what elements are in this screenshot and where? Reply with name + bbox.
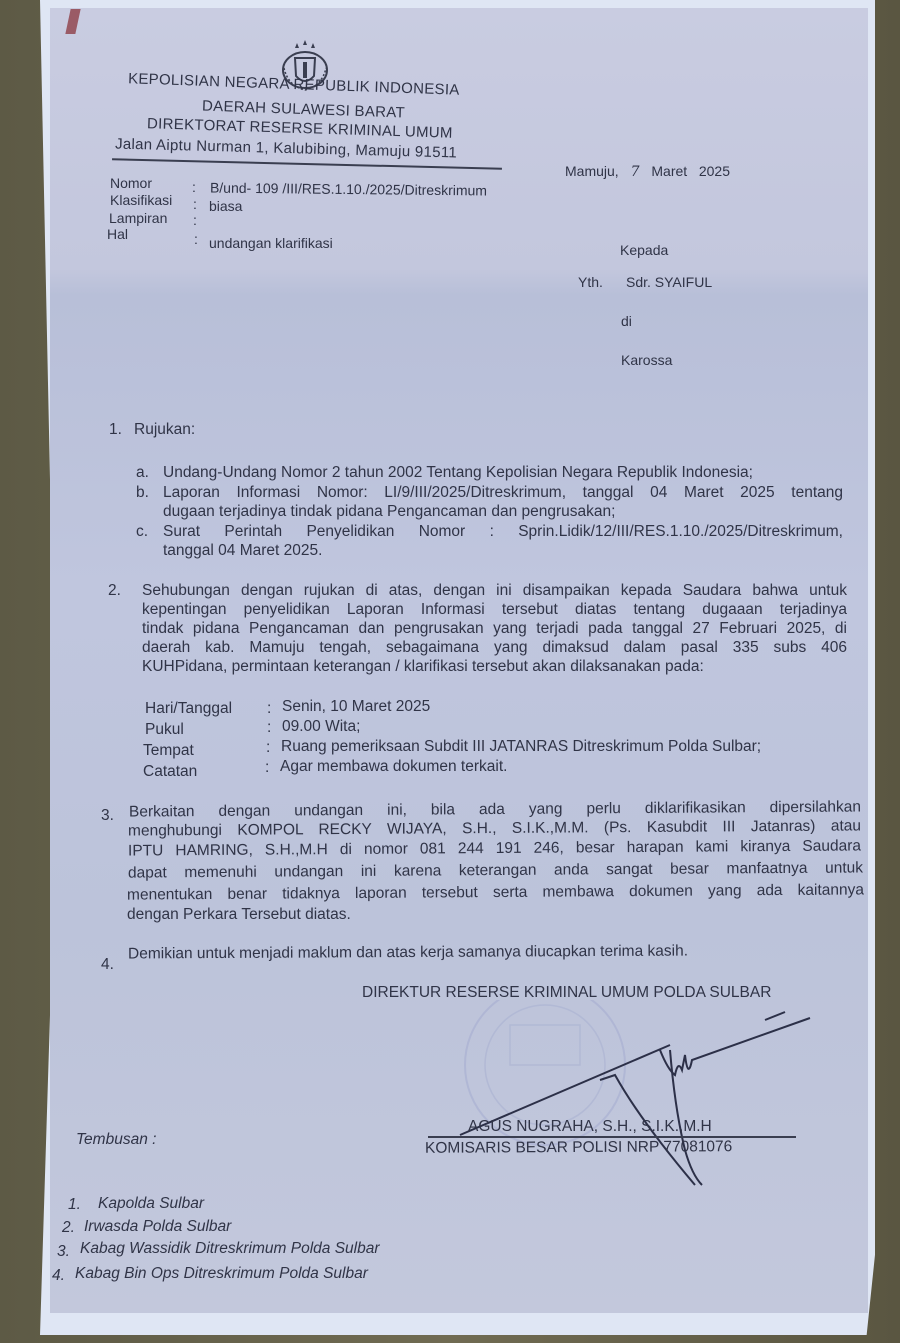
ref-c-line-1: Surat Perintah Penyelidikan Nomor : Spri…: [163, 523, 843, 541]
signatory-rank: KOMISARIS BESAR POLISI NRP 77081076: [425, 1138, 732, 1158]
date-day-handwritten: 7: [631, 164, 640, 180]
tembusan-item-4-text: Kabag Bin Ops Ditreskrimum Polda Sulbar: [75, 1265, 368, 1283]
tembusan-item-2-num: 2.: [62, 1219, 75, 1237]
field-hal-label: Hal: [107, 226, 128, 242]
addressee-di: di: [621, 313, 632, 329]
field-colon: :: [193, 196, 197, 212]
addressee-yth: Yth.: [578, 274, 603, 290]
addressee-kepada: Kepada: [620, 242, 668, 258]
tembusan-item-2-text: Irwasda Polda Sulbar: [84, 1218, 231, 1236]
field-klasifikasi-label: Klasifikasi: [110, 192, 172, 208]
ref-a-line-1: Undang-Undang Nomor 2 tahun 2002 Tentang…: [163, 464, 753, 482]
field-klasifikasi-value: biasa: [209, 198, 242, 214]
section-4-text: Demikian untuk menjadi maklum dan atas k…: [128, 943, 688, 964]
section-4-number: 4.: [101, 956, 114, 974]
field-colon: :: [192, 179, 196, 195]
schedule-place-value: Ruang pemeriksaan Subdit III JATANRAS Di…: [281, 738, 761, 756]
section-2-line-4: daerah kab. Mamuju tengah, sebagaimana y…: [142, 639, 847, 657]
tembusan-item-1-num: 1.: [68, 1196, 81, 1214]
section-1-number: 1.: [109, 421, 122, 439]
ref-b-line-2: dugaan terjadinya tindak pidana Penganca…: [163, 503, 615, 521]
ref-c-line-2: tanggal 04 Maret 2025.: [163, 542, 322, 560]
section-2-line-2: kepentingan penyelidikan Laporan Informa…: [142, 601, 847, 619]
ref-c-letter: c.: [136, 523, 148, 541]
section-1-title: Rujukan:: [134, 421, 195, 439]
letter-date: Mamuju, 7 Maret 2025: [565, 163, 730, 180]
tembusan-item-4-num: 4.: [52, 1267, 65, 1285]
field-nomor-label: Nomor: [110, 175, 152, 191]
signatory-underline: [428, 1136, 796, 1138]
section-3-number: 3.: [101, 807, 114, 825]
section-2-line-5: KUHPidana, permintaan keterangan / klari…: [142, 658, 704, 676]
schedule-colon: :: [267, 719, 271, 737]
section-2-number: 2.: [108, 582, 121, 600]
schedule-note-label: Catatan: [143, 763, 197, 781]
schedule-time-label: Pukul: [145, 721, 184, 739]
addressee-place: Karossa: [621, 352, 672, 368]
section-2-line-3: tindak pidana Pengancaman dan pengrusaka…: [142, 620, 847, 638]
field-lampiran-label: Lampiran: [109, 210, 167, 226]
ref-b-line-1: Laporan Informasi Nomor: LI/9/III/2025/D…: [163, 484, 843, 502]
schedule-note-value: Agar membawa dokumen terkait.: [280, 758, 507, 776]
tembusan-title: Tembusan :: [76, 1131, 156, 1149]
date-place: Mamuju,: [565, 163, 619, 179]
schedule-place-label: Tempat: [143, 742, 194, 760]
field-colon: :: [193, 212, 197, 228]
tembusan-item-3-num: 3.: [57, 1243, 70, 1261]
tembusan-item-3-text: Kabag Wassidik Ditreskrimum Polda Sulbar: [80, 1240, 380, 1258]
schedule-time-value: 09.00 Wita;: [282, 718, 360, 736]
addressee-name: Sdr. SYAIFUL: [626, 274, 712, 290]
ref-b-letter: b.: [136, 484, 149, 502]
handwritten-signature-icon: [420, 1000, 820, 1200]
field-nomor-value: B/und- 109 /III/RES.1.10./2025/Ditreskri…: [210, 180, 487, 199]
date-month-year: Maret 2025: [651, 163, 730, 179]
field-hal-value: undangan klarifikasi: [209, 235, 333, 251]
section-3-line-6: dengan Perkara Tersebut diatas.: [127, 906, 351, 924]
field-colon: :: [194, 231, 198, 247]
schedule-date-value: Senin, 10 Maret 2025: [282, 698, 430, 716]
schedule-colon: :: [266, 739, 270, 757]
signatory-name: AGUS NUGRAHA, S.H., S.I.K.,M.H: [468, 1118, 712, 1136]
tembusan-item-1-text: Kapolda Sulbar: [98, 1195, 204, 1213]
section-2-line-1: Sehubungan dengan rujukan di atas, denga…: [142, 582, 847, 600]
schedule-colon: :: [267, 700, 271, 718]
ref-a-letter: a.: [136, 464, 149, 482]
schedule-date-label: Hari/Tanggal: [145, 700, 232, 718]
schedule-colon: :: [265, 759, 269, 777]
